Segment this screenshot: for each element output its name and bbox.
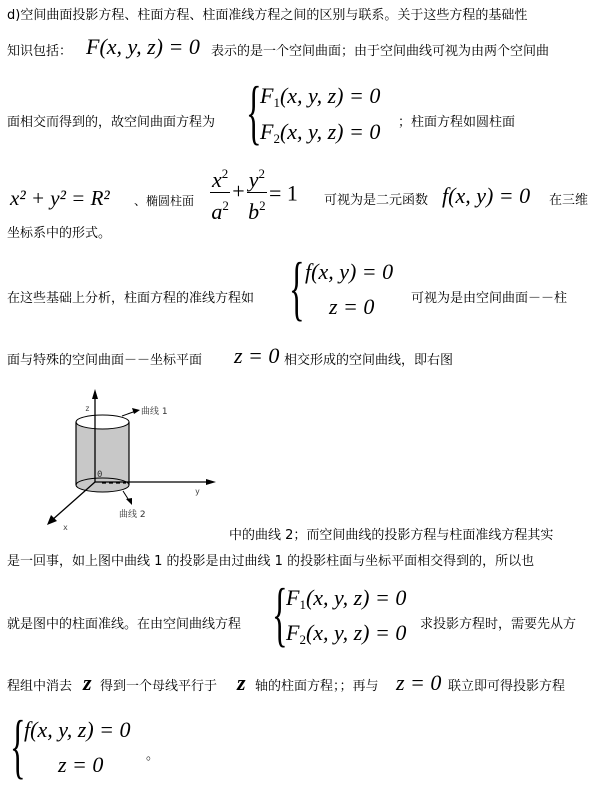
equation-row: f(x, y) = 0 bbox=[305, 260, 393, 284]
equation-row: F2(x, y, z) = 0 bbox=[260, 120, 380, 151]
paragraph-text: 面相交而得到的，故空间曲面方程为 bbox=[7, 115, 215, 131]
paragraph-text: 在三维 bbox=[549, 193, 588, 209]
curve-2-label: 曲线 2 bbox=[119, 508, 146, 520]
paragraph-line: d)空间曲面投影方程、柱面方程、柱面准线方程之间的区别与联系。关于这些方程的基础… bbox=[7, 8, 527, 24]
paragraph-text: 程组中消去 bbox=[7, 679, 72, 695]
arrow-icon bbox=[92, 389, 98, 399]
equation-ellipse-cylinder: x2a2+y2b2= 1 bbox=[208, 162, 298, 225]
left-brace: { bbox=[289, 252, 305, 324]
paragraph-text: 面与特殊的空间曲面－－坐标平面 bbox=[7, 353, 202, 369]
symbol: (x, y, z) = 0 bbox=[280, 83, 380, 108]
axis-label-z: z bbox=[85, 404, 90, 413]
paragraph-text: 求投影方程时，需要先从方 bbox=[420, 617, 576, 633]
symbol: F bbox=[260, 119, 273, 144]
fraction-y: y2b2 bbox=[247, 162, 267, 225]
paragraph-text: 、椭圆柱面 bbox=[134, 193, 194, 209]
paragraph-text: 可视为是二元函数 bbox=[324, 193, 428, 209]
curve-1-label: 曲线 1 bbox=[141, 405, 168, 417]
equation-row: F1(x, y, z) = 0 bbox=[260, 84, 380, 115]
origin-label: 0 bbox=[97, 470, 102, 480]
paragraph-text: 表示的是一个空间曲面；由于空间曲线可视为由两个空间曲 bbox=[211, 44, 549, 60]
paragraph-text: 相交形成的空间曲线，即右图 bbox=[284, 353, 453, 369]
equation-row: F2(x, y, z) = 0 bbox=[286, 621, 406, 652]
equation-system-4: { f(x, y, z) = 0 z = 0 bbox=[12, 716, 142, 784]
arrow-icon bbox=[132, 408, 140, 414]
axis-label-x: x bbox=[63, 523, 68, 532]
fraction-x: x2a2 bbox=[210, 162, 230, 225]
equation-system-3: { F1(x, y, z) = 0 F2(x, y, z) = 0 bbox=[274, 584, 424, 652]
equation-row: F1(x, y, z) = 0 bbox=[286, 586, 406, 617]
equation-row: f(x, y, z) = 0 bbox=[24, 718, 131, 742]
axis-label-y: y bbox=[195, 487, 200, 496]
paragraph-text: 轴的柱面方程；；再与 bbox=[255, 679, 379, 695]
symbol: F bbox=[260, 83, 273, 108]
paragraph-text: 可视为是由空间曲面－－柱 bbox=[411, 291, 567, 307]
period: 。 bbox=[146, 748, 159, 764]
arrow-icon bbox=[206, 479, 216, 485]
cylinder-icon bbox=[76, 415, 129, 492]
equation-surface: F(x, y, z) = 0 bbox=[86, 35, 200, 59]
equation-z0: z = 0 bbox=[396, 671, 441, 695]
paragraph-line: 坐标系中的形式。 bbox=[7, 226, 111, 242]
paragraph-text: 就是图中的柱面准线。在由空间曲线方程 bbox=[7, 617, 241, 633]
math-z: z bbox=[83, 671, 92, 695]
paragraph-text: 在这些基础上分析，柱面方程的准线方程如 bbox=[7, 291, 254, 307]
equation-fxy: f(x, y) = 0 bbox=[442, 184, 530, 208]
equation-system-1: { F1(x, y, z) = 0 F2(x, y, z) = 0 bbox=[248, 82, 398, 150]
arrow-icon bbox=[126, 498, 132, 505]
paragraph-text: ；柱面方程如圆柱面 bbox=[398, 115, 515, 131]
equation-row: z = 0 bbox=[58, 753, 103, 777]
paragraph-line: 是一回事，如上图中曲线 1 的投影是由过曲线 1 的投影柱面与坐标平面相交得到的… bbox=[7, 554, 534, 570]
paragraph-text: 中的曲线 2；而空间曲线的投影方程与柱面准线方程其实 bbox=[229, 528, 553, 544]
paragraph-text: 联立即可得投影方程 bbox=[448, 679, 565, 695]
equation-row: z = 0 bbox=[329, 295, 374, 319]
paragraph-text: 知识包括： bbox=[7, 44, 72, 60]
equation-circle-cylinder: x² + y² = R² bbox=[10, 186, 110, 210]
x-axis bbox=[51, 482, 95, 521]
symbol: (x, y, z) = 0 bbox=[280, 119, 380, 144]
equation-z0: z = 0 bbox=[234, 344, 279, 368]
cylinder-figure: z y x 0 曲线 1 曲线 2 bbox=[30, 385, 230, 535]
math-z: z bbox=[237, 671, 246, 695]
paragraph-text: 得到一个母线平行于 bbox=[100, 679, 217, 695]
equation-system-2: { f(x, y) = 0 z = 0 bbox=[291, 258, 411, 326]
